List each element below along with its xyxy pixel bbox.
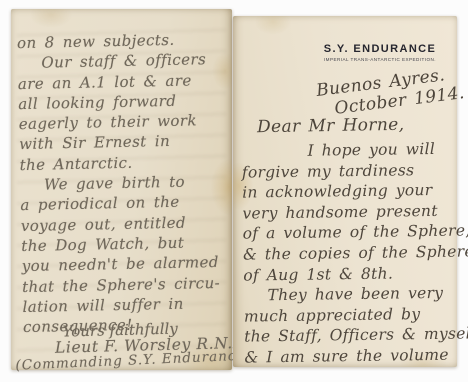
dateline: Buenos Ayres. October 1914. bbox=[315, 63, 466, 121]
letter-photo: on 8 new subjects. Our staff & officers … bbox=[0, 0, 468, 382]
letter-page-right: S.Y. ENDURANCE IMPERIAL TRANS-ANTARCTIC … bbox=[233, 16, 457, 367]
letter-page-left: on 8 new subjects. Our staff & officers … bbox=[11, 9, 232, 370]
left-page-body: on 8 new subjects. Our staff & officers … bbox=[17, 29, 221, 338]
letterhead-title: S.Y. ENDURANCE bbox=[312, 43, 448, 55]
salutation: Dear Mr Horne, bbox=[257, 115, 405, 138]
printed-letterhead: S.Y. ENDURANCE IMPERIAL TRANS-ANTARCTIC … bbox=[312, 43, 448, 62]
handwritten-line: & the copies of the Sphere bbox=[243, 241, 468, 265]
letterhead-subtitle: IMPERIAL TRANS-ANTARCTIC EXPEDITION. bbox=[312, 57, 448, 62]
handwritten-line: They have been very bbox=[243, 283, 468, 307]
handwritten-line: I hope you will bbox=[241, 138, 468, 162]
handwritten-line: are an A.1 lot & are bbox=[18, 70, 216, 94]
handwritten-line: that the Sphere's circu- bbox=[22, 272, 220, 296]
right-page-body: I hope you will forgive my tardiness in … bbox=[241, 138, 468, 368]
signature-block: Yours faithfully Lieut F. Worsley R.N.R … bbox=[14, 320, 230, 371]
handwritten-line: & I am sure the volume bbox=[244, 344, 468, 368]
